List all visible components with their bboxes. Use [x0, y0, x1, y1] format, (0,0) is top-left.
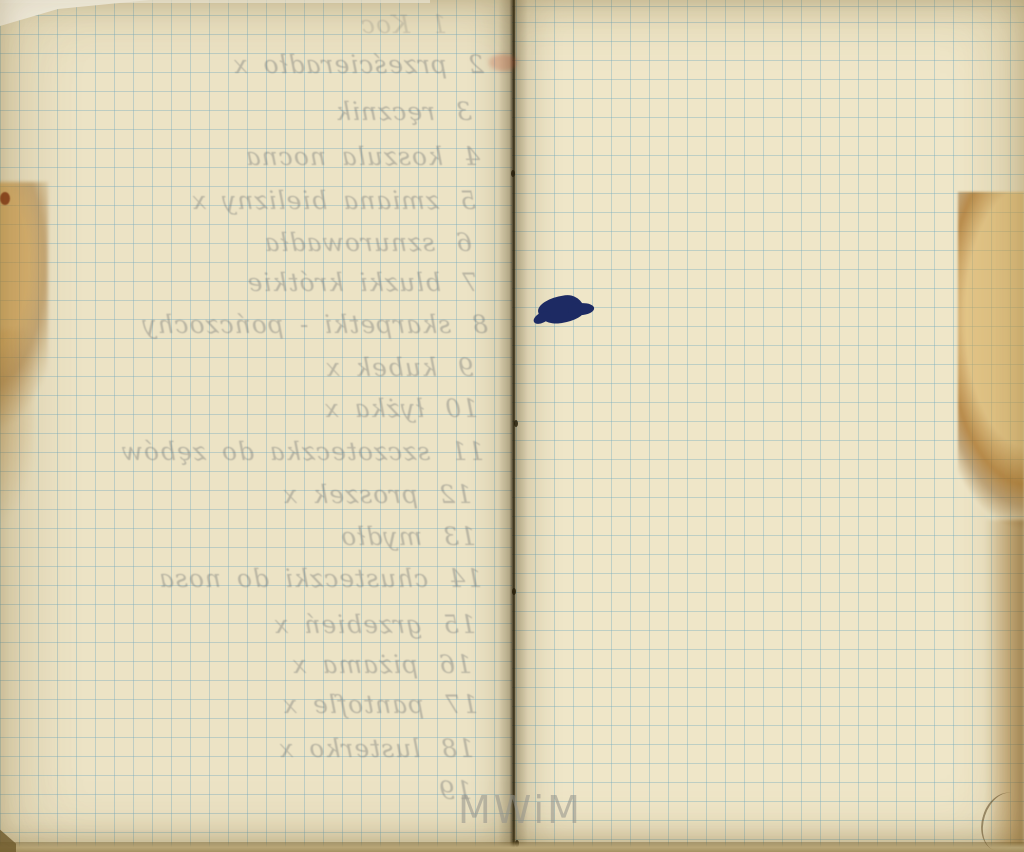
gutter-speck	[514, 420, 518, 427]
bleedthrough-mirrored-list: 1Koc2prześcieradło x3ręcznik4koszula noc…	[8, 0, 502, 820]
bleedthrough-item: 11szczoteczka do zębów	[121, 437, 484, 466]
bleedthrough-item: 2prześcieradło x	[232, 50, 484, 79]
bleedthrough-item: 16piżama x	[291, 650, 472, 679]
bleedthrough-item: 1Koc	[360, 10, 447, 39]
packing-list: Koczmiana bieliznykoszula nocnapłaszczmy…	[512, 0, 1024, 852]
bleedthrough-item: 8skarpetki - pończochy	[141, 310, 488, 339]
bleedthrough-item: 10łyżka x	[324, 394, 478, 423]
bleedthrough-item: 15grzebień x	[273, 610, 476, 639]
left-page: 1Koc2prześcieradło x3ręcznik4koszula noc…	[0, 0, 512, 852]
bleedthrough-item: 7bluzki krótkie	[247, 268, 478, 297]
watermark: MWiM	[458, 788, 583, 832]
bleedthrough-item: 12proszek x	[282, 480, 472, 509]
bleedthrough-item: 14chusteczki do nosa	[158, 564, 482, 593]
bleedthrough-item: 18lusterko x	[278, 734, 474, 763]
bleedthrough-item: 3ręcznik	[335, 97, 472, 126]
notebook-scan: 1Koc2prześcieradło x3ręcznik4koszula noc…	[0, 0, 1024, 852]
bleedthrough-item: 4koszula nocna	[245, 142, 480, 171]
bleedthrough-item: 9kubek x	[325, 353, 474, 382]
gutter-speck	[511, 170, 515, 177]
bleedthrough-item: 13mydło	[340, 522, 476, 551]
gutter-speck	[515, 840, 519, 847]
bleedthrough-item: 17pantofle x	[282, 690, 478, 719]
gutter-speck	[512, 588, 516, 595]
bleedthrough-item: 6sznurowadła	[264, 228, 472, 257]
bleedthrough-item: 5zmiana bielizny x	[191, 186, 476, 215]
right-page: Krzemieniec - Lwów 2 dni.wyjazdo 5.50 wy…	[512, 0, 1024, 852]
